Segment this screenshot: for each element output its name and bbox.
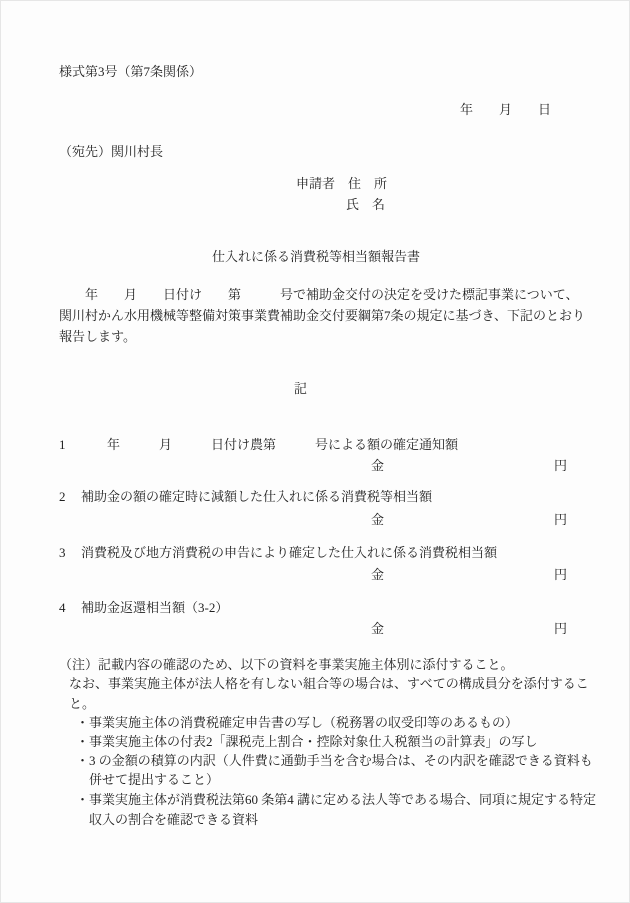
date-line: 年 月 日 [460,103,551,116]
note-bullet-continuation: 収入の割合を確認できる資料 [89,813,258,826]
amount-unit: 円 [554,459,567,472]
applicant-address-label: 申請者 住 所 [296,177,387,190]
document-title: 仕入れに係る消費税等相当額報告書 [1,250,630,263]
record-mark: 記 [294,382,307,395]
note-bullet: ・3 の金額の積算の内訳（人件費に通勤手当を含む場合は、その内訳を確認できる資料… [76,754,593,767]
document-page: 様式第3号（第7条関係） 年 月 日 （宛先）関川村長 申請者 住 所 氏 名 … [0,0,630,903]
note-bullet: ・事業実施主体の付表2「課税売上割合・控除対象仕入税額当の計算表」の写し [76,735,538,748]
note-bullet-continuation: 併せて提出すること） [89,773,219,786]
item-number: 2 [59,490,66,503]
note-header: （注）記載内容の確認のため、以下の資料を事業実施主体別に添付すること。 [59,658,513,671]
body-paragraph-line-3: 報告します。 [59,330,136,343]
item-label: 補助金の額の確定時に減額した仕入れに係る消費税等相当額 [81,490,432,503]
applicant-name-label: 氏 名 [346,198,385,211]
amount-unit: 円 [554,513,567,526]
note-line: と。 [69,697,95,710]
amount-unit: 円 [554,622,567,635]
amount-unit: 円 [554,568,567,581]
item-number: 4 [59,601,66,614]
form-number: 様式第3号（第7条関係） [59,65,202,78]
item-number: 3 [59,546,66,559]
amount-prefix: 金 [371,513,384,526]
amount-prefix: 金 [371,568,384,581]
body-paragraph-line-1: 年 月 日付け 第 号で補助金交付の決定を受けた標記事業について、 [59,288,578,301]
amount-prefix: 金 [371,459,384,472]
item-label: 補助金返還相当額（3-2） [81,601,228,614]
note-bullet: ・事業実施主体の消費税確定申告書の写し（税務署の収受印等のあるもの） [76,716,518,729]
note-bullet: ・事業実施主体が消費税法第60 条第4 講に定める法人等である場合、同項に規定す… [76,793,596,806]
item-label: 消費税及び地方消費税の申告により確定した仕入れに係る消費税相当額 [81,546,497,559]
item-label: 年 月 日付け農第 号による額の確定通知額 [81,438,458,451]
addressee-line: （宛先）関川村長 [59,145,163,158]
note-line: なお、事業実施主体が法人格を有しない組合等の場合は、すべての構成員分を添付するこ [69,677,589,690]
amount-prefix: 金 [371,622,384,635]
item-number: 1 [59,438,66,451]
body-paragraph-line-2: 関川村かん水用機械等整備対策事業費補助金交付要綱第7条の規定に基づき、下記のとお… [59,309,585,322]
